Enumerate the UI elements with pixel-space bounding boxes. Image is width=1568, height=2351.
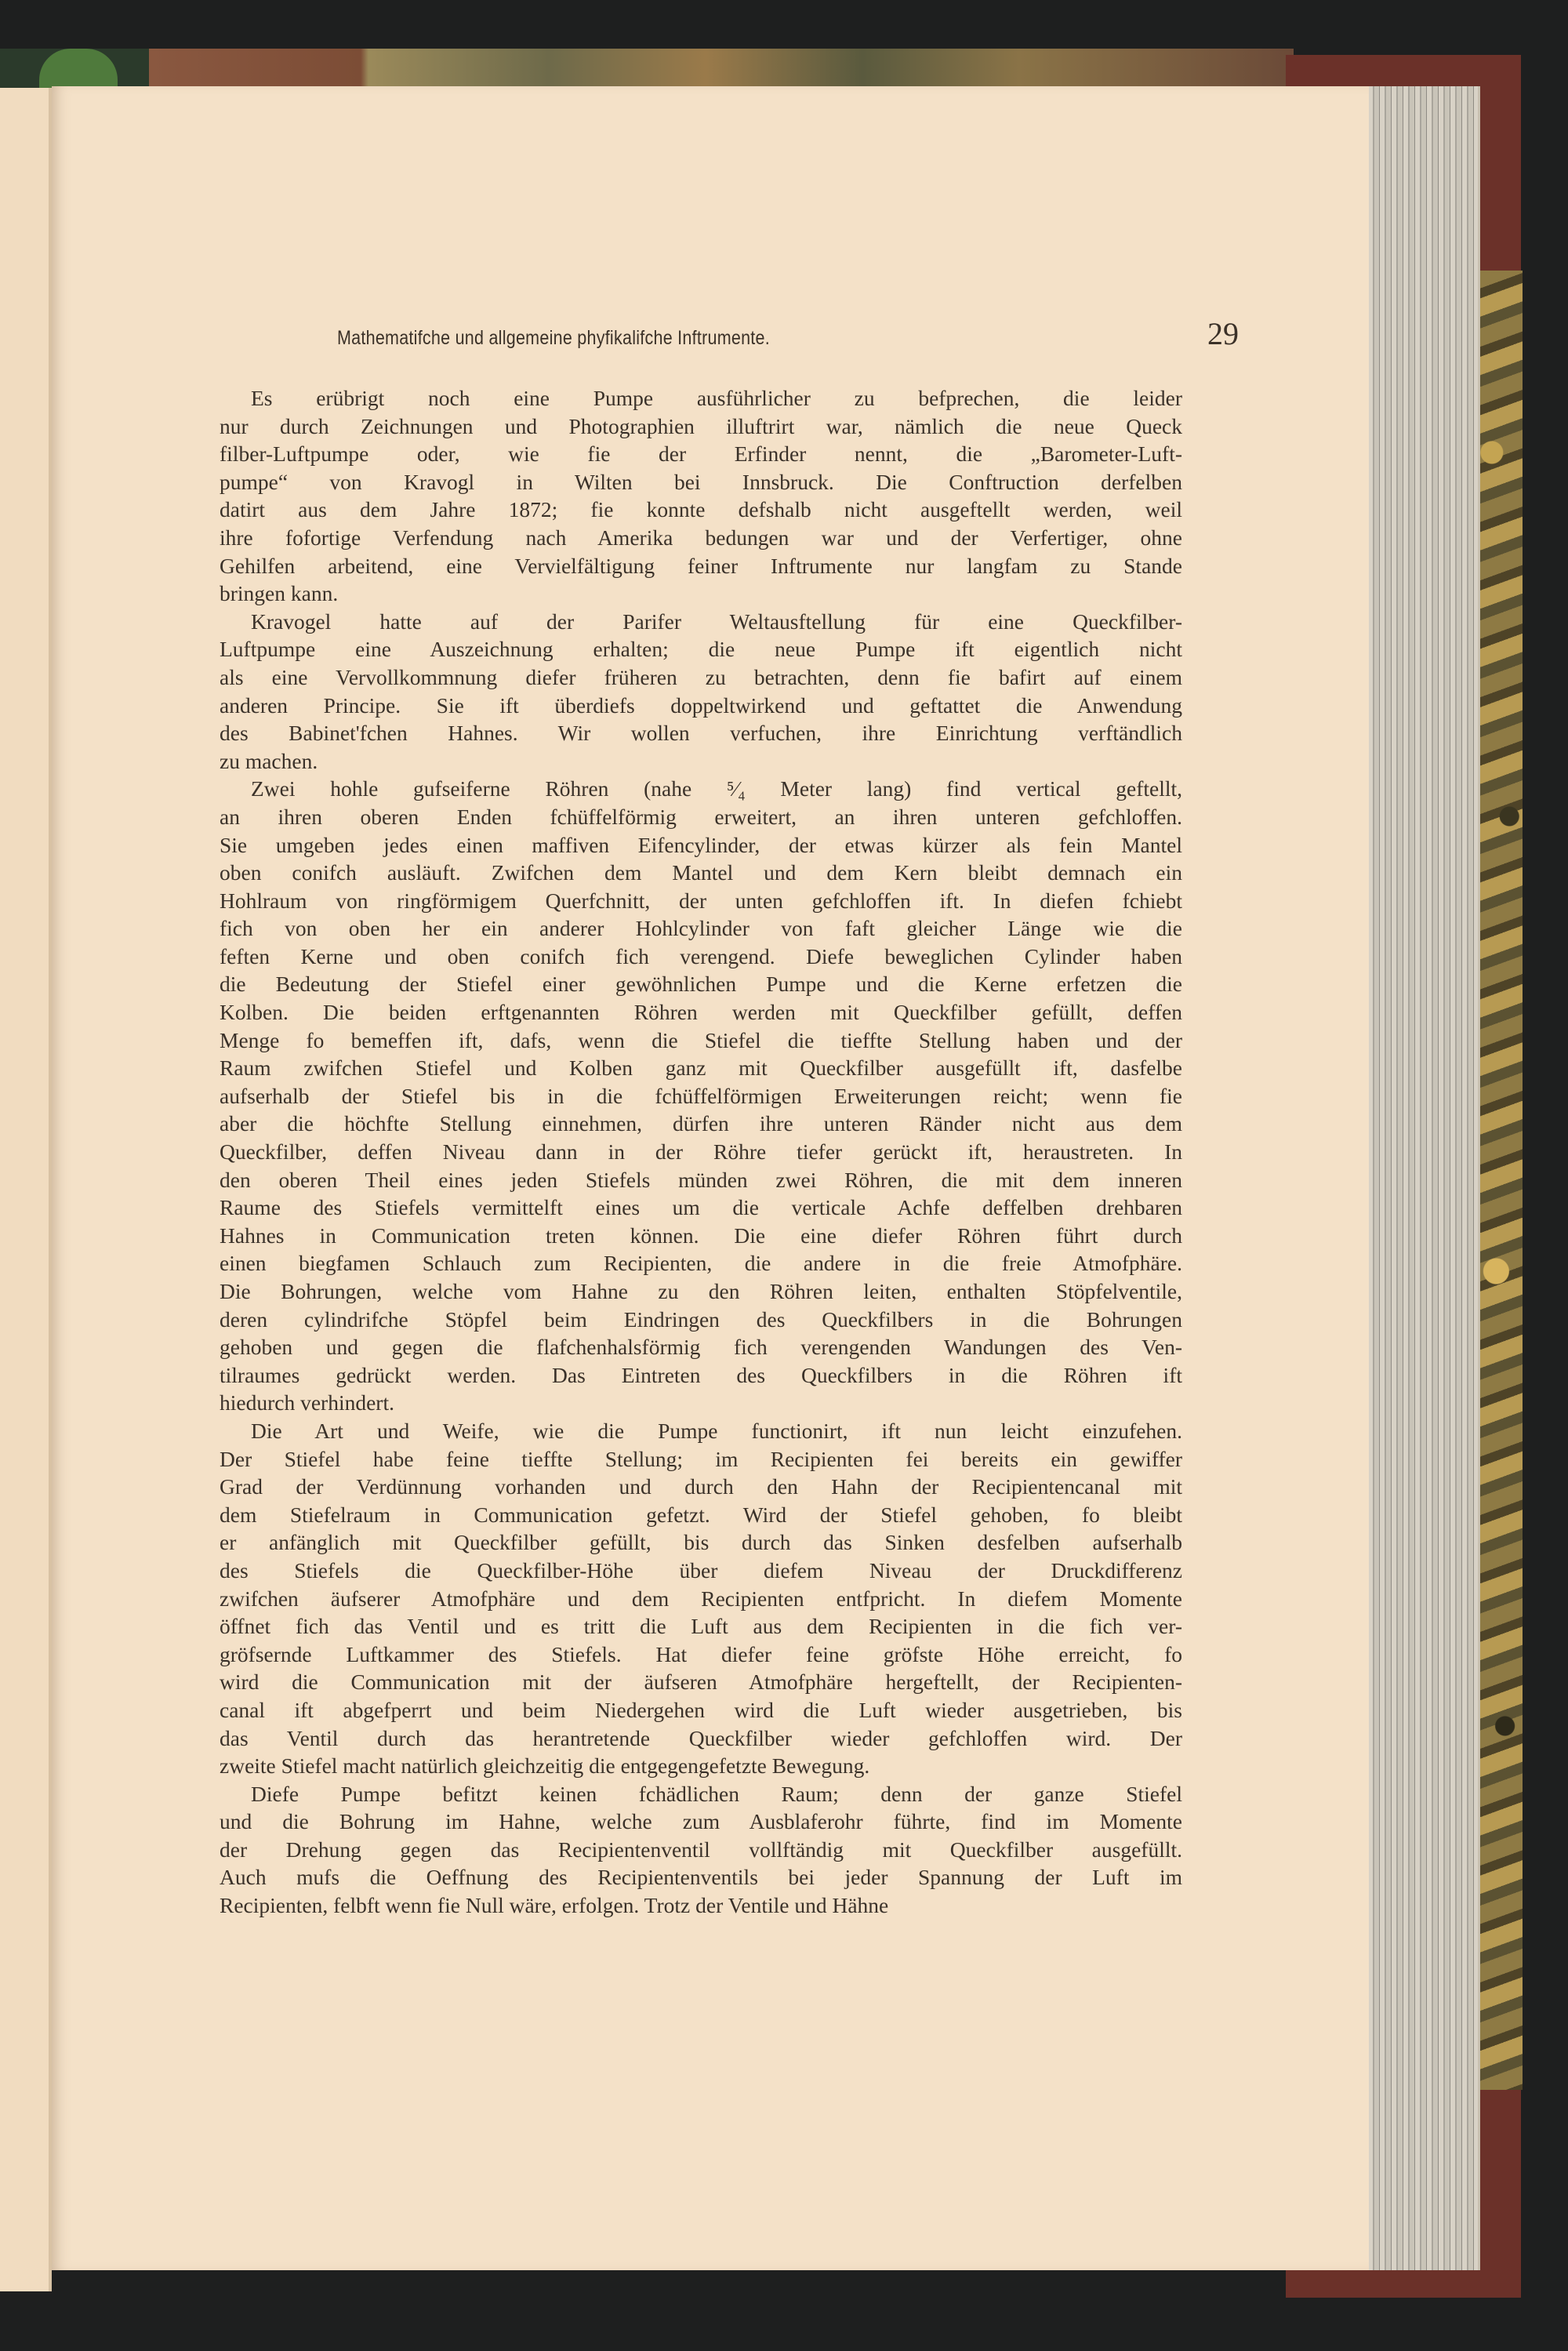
text-line: zweite Stiefel macht natürlich gleichzei… <box>220 1752 1182 1780</box>
facing-page-edge <box>0 88 52 2291</box>
text-line: aber die höchfte Stellung einnehmen, dür… <box>220 1110 1182 1138</box>
text-line: canal ift abgefperrt und beim Niedergehe… <box>220 1696 1182 1724</box>
text-line: Hahnes in Communication treten können. D… <box>220 1222 1182 1250</box>
text-line: Gehilfen arbeitend, eine Vervielfältigun… <box>220 552 1182 580</box>
text-line: an ihren oberen Enden fchüffelförmig erw… <box>220 803 1182 831</box>
text-line: Raume des Stiefels vermittelft eines um … <box>220 1194 1182 1222</box>
running-head: Mathematifche und allgemeine phyfikalifc… <box>337 315 1239 354</box>
text-line: gröfsernde Luftkammer des Stiefels. Hat … <box>220 1641 1182 1669</box>
text-line: er anfänglich mit Queckfilber gefüllt, b… <box>220 1528 1182 1557</box>
text-line: die Bedeutung der Stiefel einer gewöhnli… <box>220 970 1182 998</box>
text-line: Hohlraum von ringförmigem Querfchnitt, d… <box>220 887 1182 915</box>
text-line: ihre fofortige Verfendung nach Amerika b… <box>220 524 1182 552</box>
text-line: Queckfilber, deffen Niveau dann in der R… <box>220 1138 1182 1166</box>
text-line: tilraumes gedrückt werden. Das Eintreten… <box>220 1361 1182 1390</box>
text-line: nur durch Zeichnungen und Photographien … <box>220 412 1182 441</box>
text-line: Grad der Verdünnung vorhanden und durch … <box>220 1473 1182 1501</box>
text-line: Es erübrigt noch eine Pumpe ausführliche… <box>220 384 1182 412</box>
text-line: hiedurch verhindert. <box>220 1389 1182 1417</box>
text-line: der Drehung gegen das Recipientenventil … <box>220 1836 1182 1864</box>
page-number: 29 <box>1207 315 1239 352</box>
text-line: Zwei hohle gufseiferne Röhren (nahe ⁵⁄₄ … <box>220 775 1182 803</box>
text-line: Recipienten, felbft wenn fie Null wäre, … <box>220 1891 1182 1920</box>
text-line: oben conifch ausläuft. Zwifchen dem Mant… <box>220 859 1182 887</box>
marbled-board <box>1479 271 1523 2090</box>
text-line: filber-Luftpumpe oder, wie fie der Erfin… <box>220 440 1182 468</box>
text-line: Diefe Pumpe befitzt keinen fchädlichen R… <box>220 1780 1182 1808</box>
text-line: den oberen Theil eines jeden Stiefels mü… <box>220 1166 1182 1194</box>
text-line: deren cylindrifche Stöpfel beim Eindring… <box>220 1306 1182 1334</box>
text-line: Sie umgeben jedes einen maffiven Eifency… <box>220 831 1182 859</box>
text-line: öffnet fich das Ventil und es tritt die … <box>220 1612 1182 1641</box>
text-line: wird die Communication mit der äufseren … <box>220 1668 1182 1696</box>
running-head-title: Mathematifche und allgemeine phyfikalifc… <box>337 327 770 350</box>
text-line: aufserhalb der Stiefel bis in die fchüff… <box>220 1082 1182 1110</box>
text-line: pumpe“ von Kravogl in Wilten bei Innsbru… <box>220 468 1182 496</box>
text-line: des Stiefels die Queckfilber-Höhe über d… <box>220 1557 1182 1585</box>
text-line: Der Stiefel habe feine tieffte Stellung;… <box>220 1445 1182 1473</box>
text-line: Menge fo bemeffen ift, dafs, wenn die St… <box>220 1027 1182 1055</box>
text-line: das Ventil durch das herantretende Queck… <box>220 1724 1182 1753</box>
body-text: Es erübrigt noch eine Pumpe ausführliche… <box>220 384 1182 1920</box>
text-line: einen biegfamen Schlauch zum Recipienten… <box>220 1249 1182 1277</box>
page-stack-edges <box>1368 86 1480 2270</box>
text-line: zwifchen äufserer Atmofphäre und dem Rec… <box>220 1585 1182 1613</box>
text-line: Die Art und Weife, wie die Pumpe functio… <box>220 1417 1182 1445</box>
text-line: Luftpumpe eine Auszeichnung erhalten; di… <box>220 635 1182 663</box>
text-line: Raum zwifchen Stiefel und Kolben ganz mi… <box>220 1054 1182 1082</box>
text-line: feften Kerne und oben conifch fich veren… <box>220 943 1182 971</box>
text-line: als eine Vervollkommnung diefer früheren… <box>220 663 1182 692</box>
text-line: fich von oben her ein anderer Hohlcylind… <box>220 914 1182 943</box>
text-line: datirt aus dem Jahre 1872; fie konnte de… <box>220 496 1182 524</box>
text-line: gehoben und gegen die flafchenhalsförmig… <box>220 1333 1182 1361</box>
text-line: Kolben. Die beiden erftgenannten Röhren … <box>220 998 1182 1027</box>
text-line: Die Bohrungen, welche vom Hahne zu den R… <box>220 1277 1182 1306</box>
text-line: bringen kann. <box>220 580 1182 608</box>
text-line: zu machen. <box>220 747 1182 776</box>
text-line: Auch mufs die Oeffnung des Recipientenve… <box>220 1863 1182 1891</box>
text-line: anderen Principe. Sie ift überdiefs dopp… <box>220 692 1182 720</box>
text-line: des Babinet'fchen Hahnes. Wir wollen ver… <box>220 719 1182 747</box>
text-line: und die Bohrung im Hahne, welche zum Aus… <box>220 1808 1182 1836</box>
text-line: dem Stiefelraum in Communication gefetzt… <box>220 1501 1182 1529</box>
text-line: Kravogel hatte auf der Parifer Weltausft… <box>220 608 1182 636</box>
